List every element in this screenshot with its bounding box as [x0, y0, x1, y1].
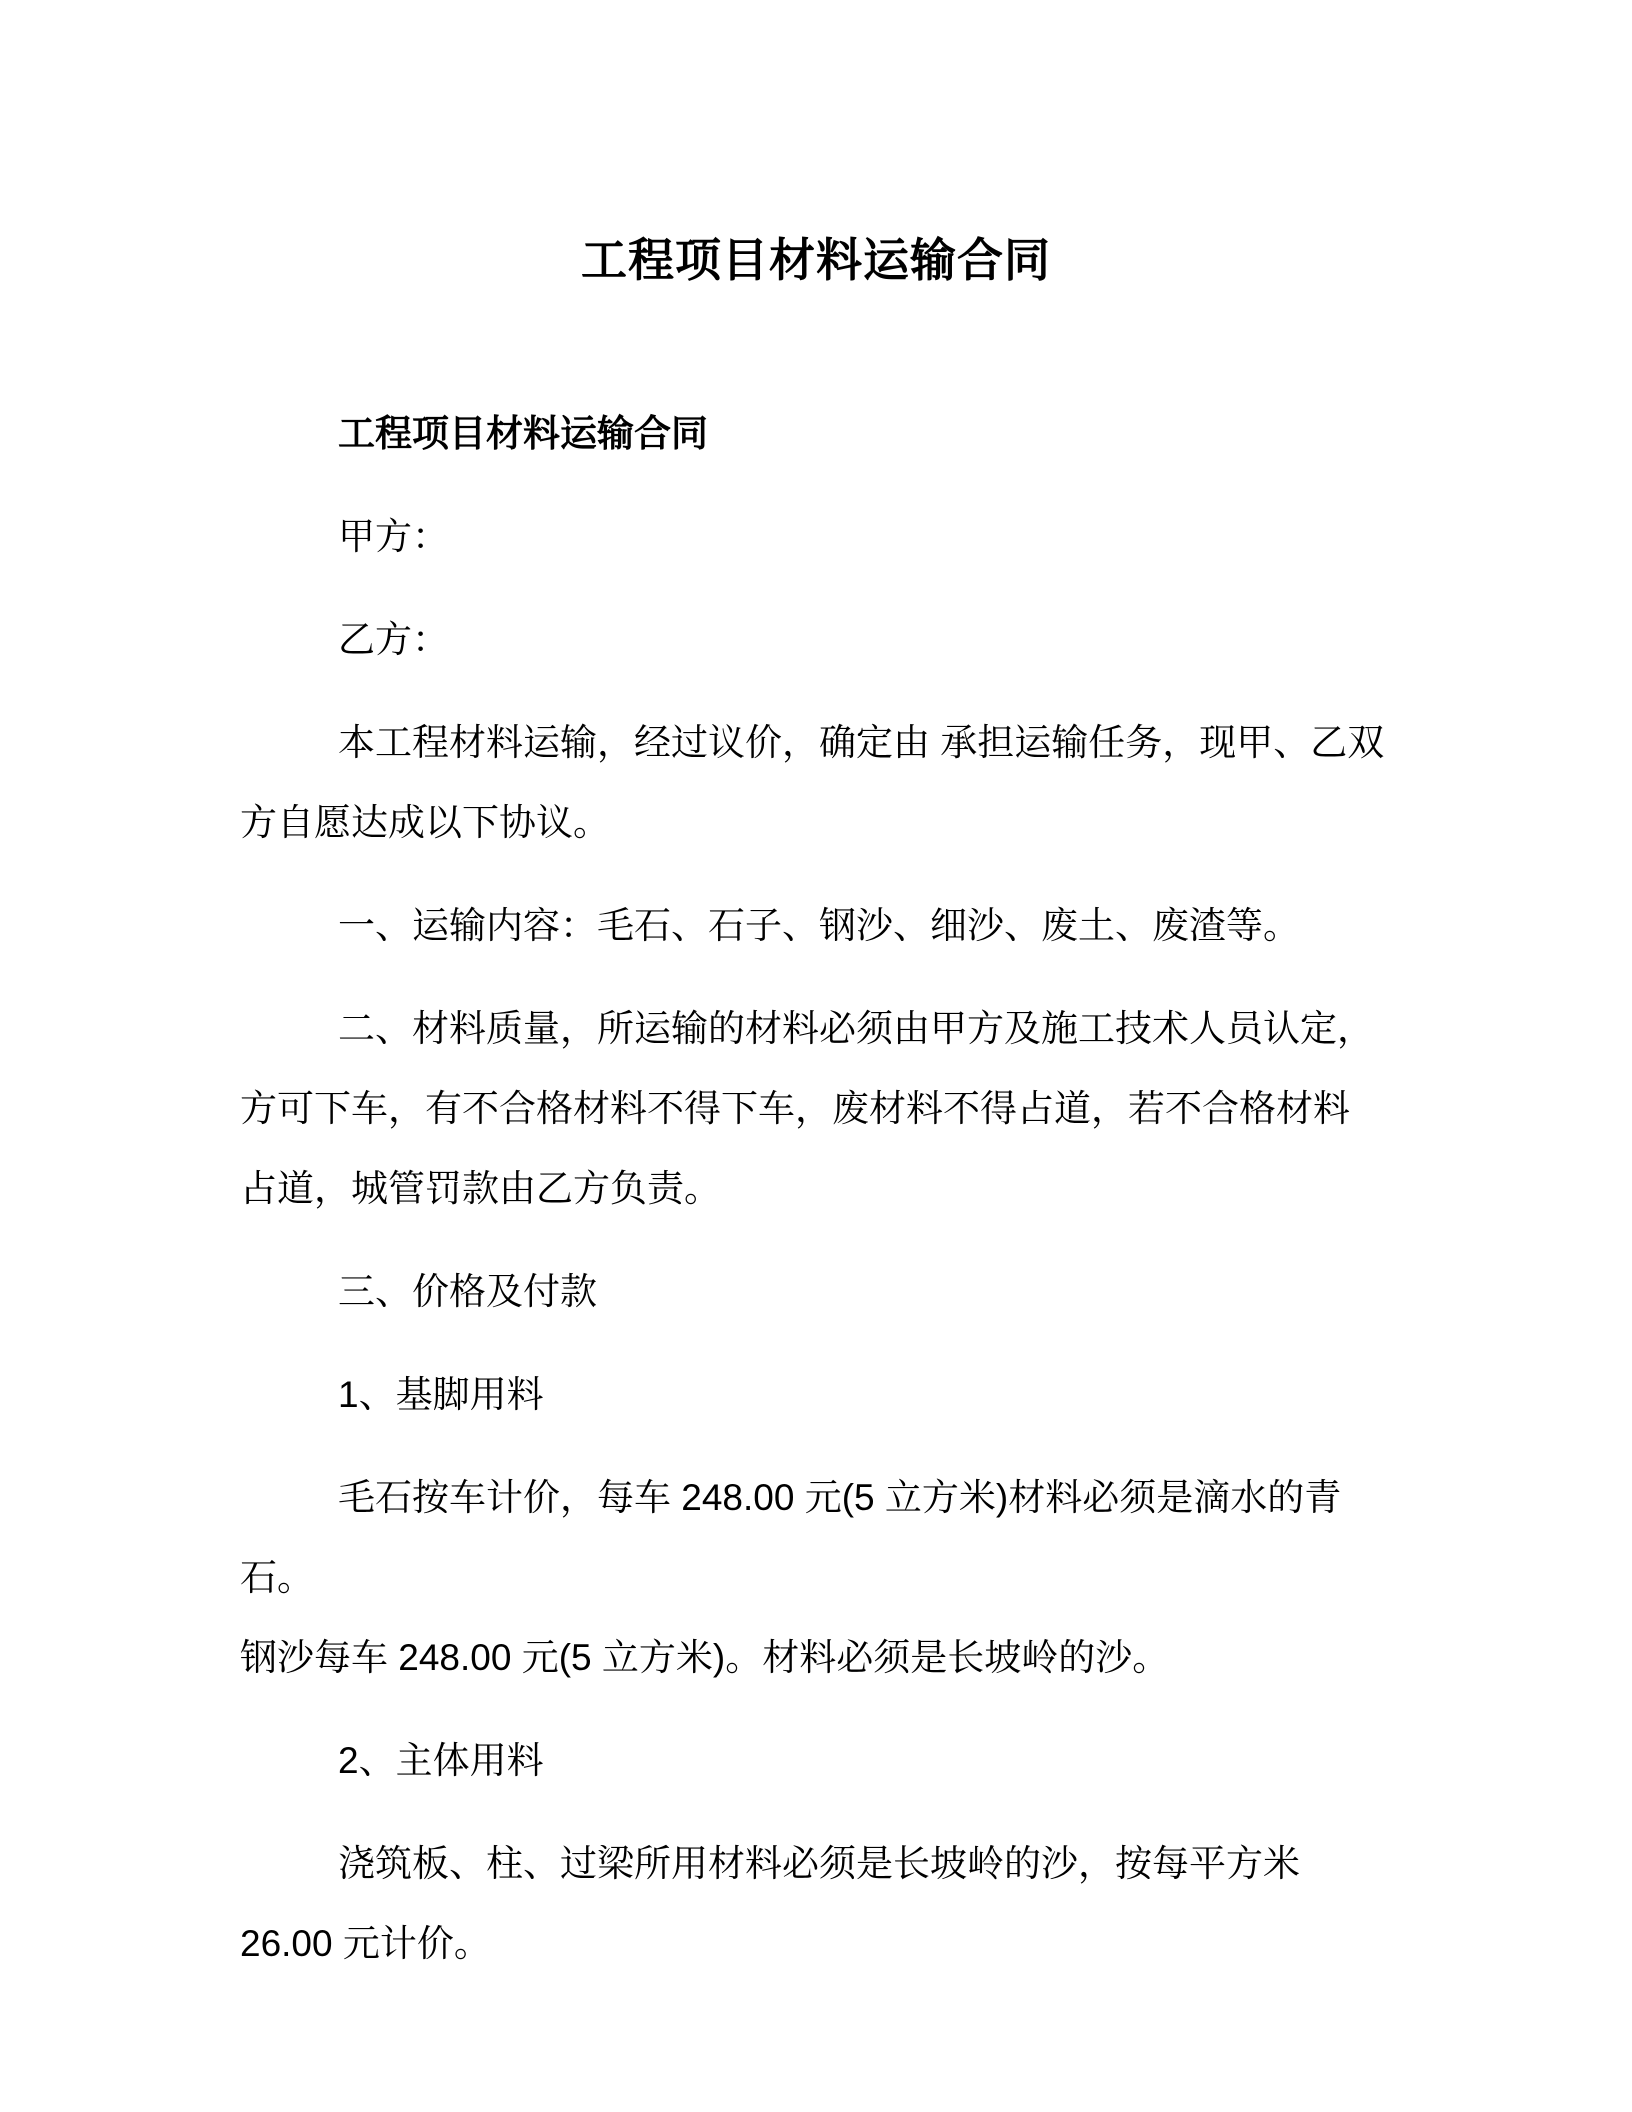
paragraph-party-b: 乙方：	[240, 600, 1392, 680]
paragraph-item-1-detail: 毛石按车计价，每车 248.00 元(5 立方米)材料必须是滴水的青石。 钢沙每…	[240, 1458, 1392, 1698]
paragraph-party-a: 甲方：	[240, 497, 1392, 577]
document-content: 工程项目材料运输合同 工程项目材料运输合同 甲方： 乙方： 本工程材料运输，经过…	[240, 0, 1392, 2007]
document-title: 工程项目材料运输合同	[240, 220, 1392, 300]
paragraph-subtitle: 工程项目材料运输合同	[240, 394, 1392, 474]
document-page: 工程项目材料运输合同 工程项目材料运输合同 甲方： 乙方： 本工程材料运输，经过…	[0, 0, 1632, 2112]
paragraph-section-3-price-payment: 三、价格及付款	[240, 1252, 1392, 1332]
paragraph-intro: 本工程材料运输，经过议价，确定由 承担运输任务，现甲、乙双 方自愿达成以下协议。	[240, 703, 1392, 863]
paragraph-item-1-foundation-material: 1、基脚用料	[240, 1355, 1392, 1435]
paragraph-item-2-main-body-material: 2、主体用料	[240, 1721, 1392, 1801]
paragraph-item-2-detail: 浇筑板、柱、过梁所用材料必须是长坡岭的沙，按每平方米 26.00 元计价。	[240, 1824, 1392, 1984]
paragraph-section-2-material-quality: 二、材料质量，所运输的材料必须由甲方及施工技术人员认定， 方可下车，有不合格材料…	[240, 989, 1392, 1229]
paragraph-section-1-transport-content: 一、运输内容：毛石、石子、钢沙、细沙、废土、废渣等。	[240, 886, 1392, 966]
